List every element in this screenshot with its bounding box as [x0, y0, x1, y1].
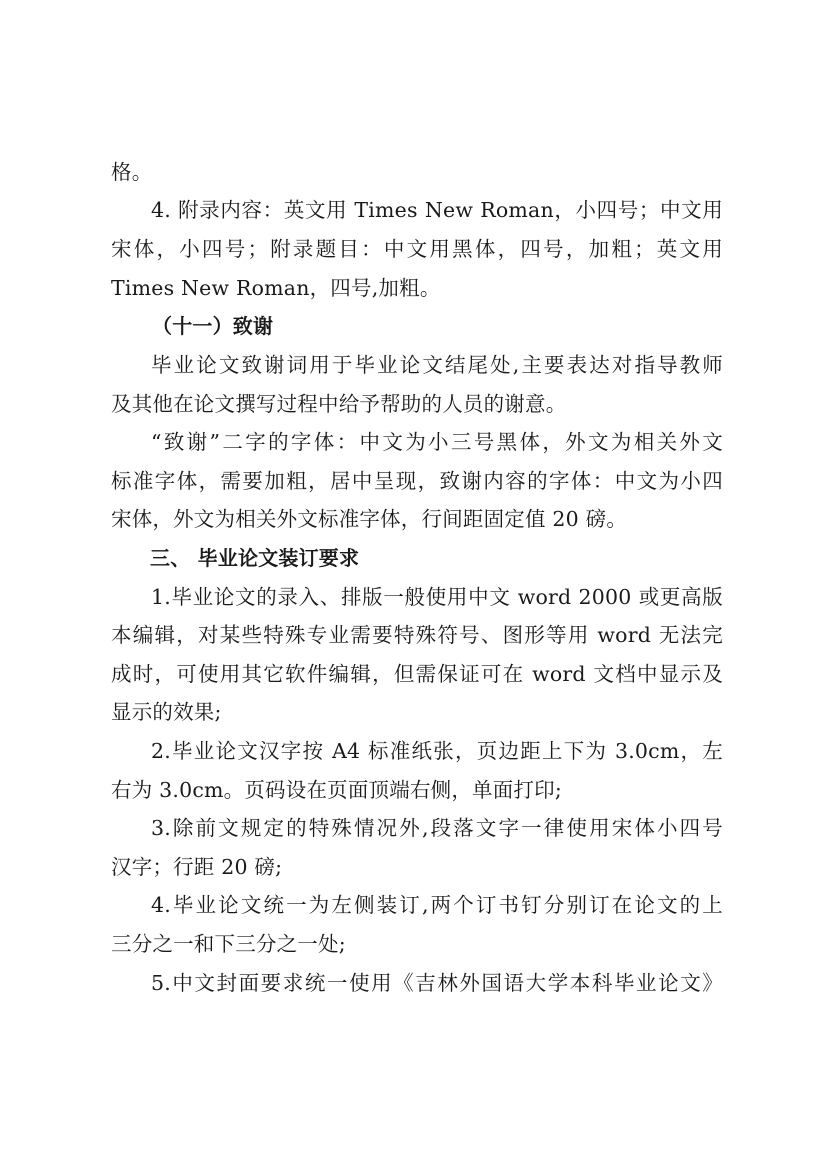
- section-heading-acknowledgement: （十一）致谢: [152, 311, 764, 341]
- text-line: 右为 3.0cm。页码设在页面顶端右侧，单面打印;: [111, 775, 723, 805]
- text-line: Times New Roman，四号,加粗。: [111, 273, 723, 303]
- text-line: 标准字体，需要加粗，居中呈现，致谢内容的字体：中文为小四: [111, 466, 723, 496]
- text-line: 宋体，外文为相关外文标准字体，行间距固定值 20 磅。: [111, 504, 723, 534]
- text-line-binding-item-3: 3.除前文规定的特殊情况外,段落文字一律使用宋体小四号: [151, 813, 723, 843]
- text-line: 毕业论文致谢词用于毕业论文结尾处,主要表达对指导教师: [151, 350, 723, 380]
- text-line: 显示的效果;: [111, 697, 723, 727]
- text-line-binding-item-1: 1.毕业论文的录入、排版一般使用中文 word 2000 或更高版: [151, 582, 723, 612]
- text-line-appendix-item-4: 4. 附录内容：英文用 Times New Roman，小四号；中文用: [151, 195, 723, 225]
- text-line: 本编辑，对某些特殊专业需要特殊符号、图形等用 word 无法完: [111, 620, 723, 650]
- text-line-binding-item-4: 4.毕业论文统一为左侧装订,两个订书钉分别订在论文的上: [151, 890, 723, 920]
- text-line: “致谢”二字的字体：中文为小三号黑体，外文为相关外文: [151, 427, 723, 457]
- text-line: 成时，可使用其它软件编辑，但需保证可在 word 文档中显示及: [111, 659, 723, 689]
- document-page: 格。 4. 附录内容：英文用 Times New Roman，小四号；中文用 宋…: [0, 0, 827, 1170]
- text-line-binding-item-5: 5.中文封面要求统一使用《吉林外国语大学本科毕业论文》: [151, 968, 723, 998]
- text-line: 宋体，小四号；附录题目：中文用黑体，四号，加粗；英文用: [111, 234, 723, 264]
- text-line: 及其他在论文撰写过程中给予帮助的人员的谢意。: [111, 389, 723, 419]
- text-line: 格。: [111, 157, 723, 187]
- text-line: 汉字；行距 20 磅;: [111, 852, 723, 882]
- section-heading-binding-requirements: 三、 毕业论文装订要求: [150, 543, 762, 573]
- text-line: 三分之一和下三分之一处;: [111, 929, 723, 959]
- text-line-binding-item-2: 2.毕业论文汉字按 A4 标准纸张，页边距上下为 3.0cm，左: [151, 736, 723, 766]
